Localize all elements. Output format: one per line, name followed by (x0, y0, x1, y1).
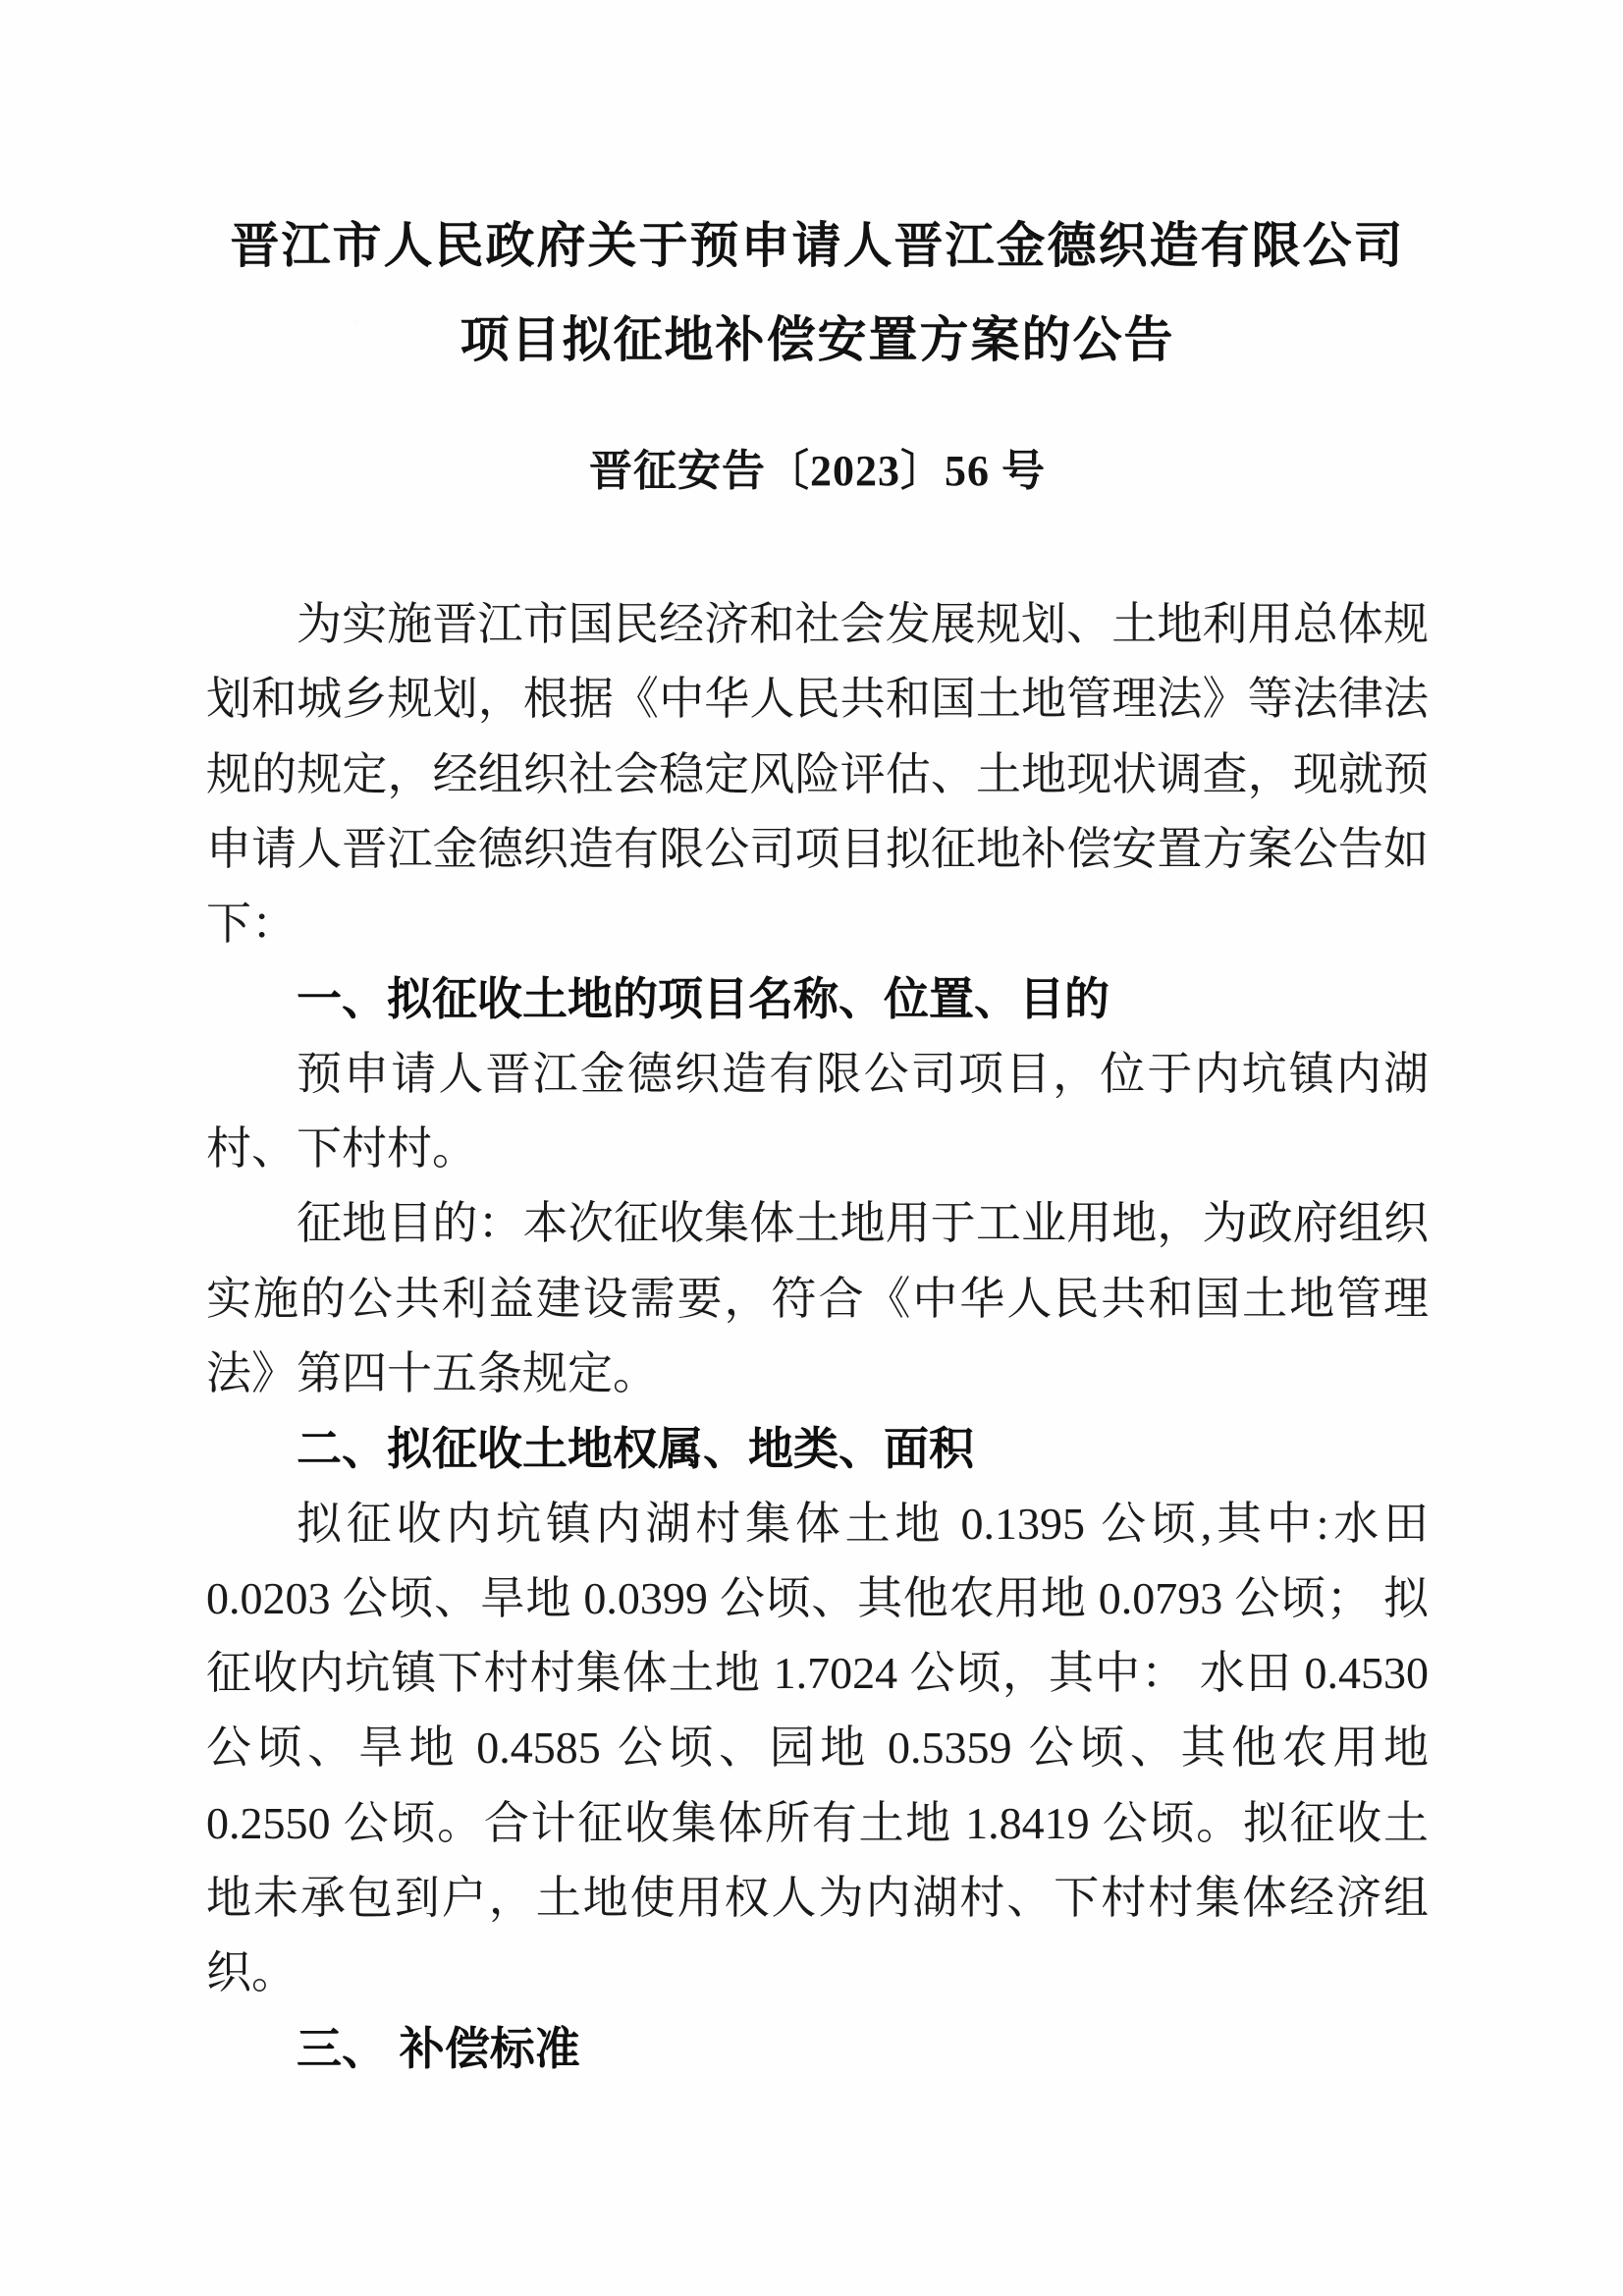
section-heading: 一、拟征收土地的项目名称、位置、目的 (206, 961, 1429, 1036)
body-paragraph: 征地目的：本次征收集体土地用于工业用地，为政府组织实施的公共利益建设需要，符合《… (206, 1186, 1429, 1411)
body-paragraph: 预申请人晋江金德织造有限公司项目，位于内坑镇内湖村、下村村。 (206, 1037, 1429, 1187)
document-title: 晋江市人民政府关于预申请人晋江金德织造有限公司 项目拟征地补偿安置方案的公告 (206, 198, 1429, 387)
document-title-line1: 晋江市人民政府关于预申请人晋江金德织造有限公司 (206, 198, 1429, 293)
document-body: 为实施晋江市国民经济和社会发展规划、土地利用总体规划和城乡规划，根据《中华人民共… (206, 587, 1429, 2086)
body-paragraph: 拟征收内坑镇内湖村集体土地 0.1395 公顷,其中:水田 0.0203 公顷、… (206, 1487, 1429, 2011)
document-page: 晋江市人民政府关于预申请人晋江金德织造有限公司 项目拟征地补偿安置方案的公告 晋… (0, 0, 1623, 2296)
section-heading: 二、拟征收土地权属、地类、面积 (206, 1411, 1429, 1486)
document-title-line2: 项目拟征地补偿安置方案的公告 (206, 293, 1429, 387)
section-heading: 三、 补偿标准 (206, 2011, 1429, 2086)
body-paragraph: 为实施晋江市国民经济和社会发展规划、土地利用总体规划和城乡规划，根据《中华人民共… (206, 587, 1429, 961)
document-number: 晋征安告〔2023〕56 号 (206, 442, 1429, 501)
